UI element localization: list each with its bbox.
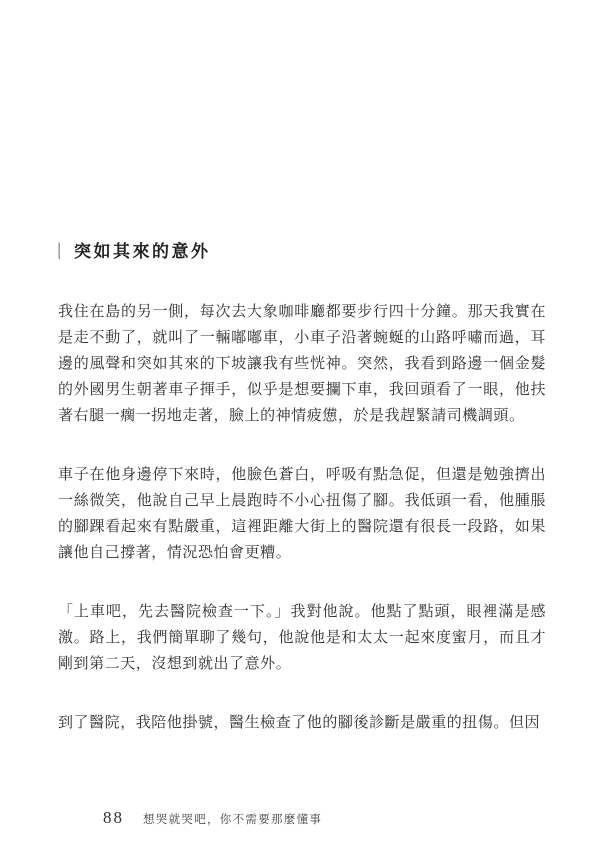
page-footer: 88 想哭就哭吧，你不需要那麼懂事 bbox=[103, 808, 322, 828]
book-page: | 突如其來的意外 我住在島的另一側，每次去大象咖啡廳都要步行四十分鐘。那天我實… bbox=[0, 0, 600, 856]
paragraph-3: 「上車吧，先去醫院檢查一下。」我對他說。他點了點頭，眼裡滿是感激。路上，我們簡單… bbox=[58, 599, 546, 677]
body-text: 我住在島的另一側，每次去大象咖啡廳都要步行四十分鐘。那天我實在是走不動了，就叫了… bbox=[58, 299, 546, 736]
page-content: | 突如其來的意外 我住在島的另一側，每次去大象咖啡廳都要步行四十分鐘。那天我實… bbox=[58, 0, 546, 769]
paragraph-1: 我住在島的另一側，每次去大象咖啡廳都要步行四十分鐘。那天我實在是走不動了，就叫了… bbox=[58, 299, 546, 429]
paragraph-2: 車子在他身邊停下來時，他臉色蒼白，呼吸有點急促，但還是勉強擠出一絲微笑，他說自己… bbox=[58, 462, 546, 566]
section-marker-bar: | bbox=[58, 239, 60, 260]
page-number: 88 bbox=[103, 808, 124, 828]
paragraph-4: 到了醫院，我陪他掛號，醫生檢查了他的腳後診斷是嚴重的扭傷。但因 bbox=[58, 710, 546, 736]
section-heading: | 突如其來的意外 bbox=[58, 237, 546, 261]
running-book-title: 想哭就哭吧，你不需要那麼懂事 bbox=[143, 811, 322, 827]
section-title: 突如其來的意外 bbox=[74, 237, 211, 262]
